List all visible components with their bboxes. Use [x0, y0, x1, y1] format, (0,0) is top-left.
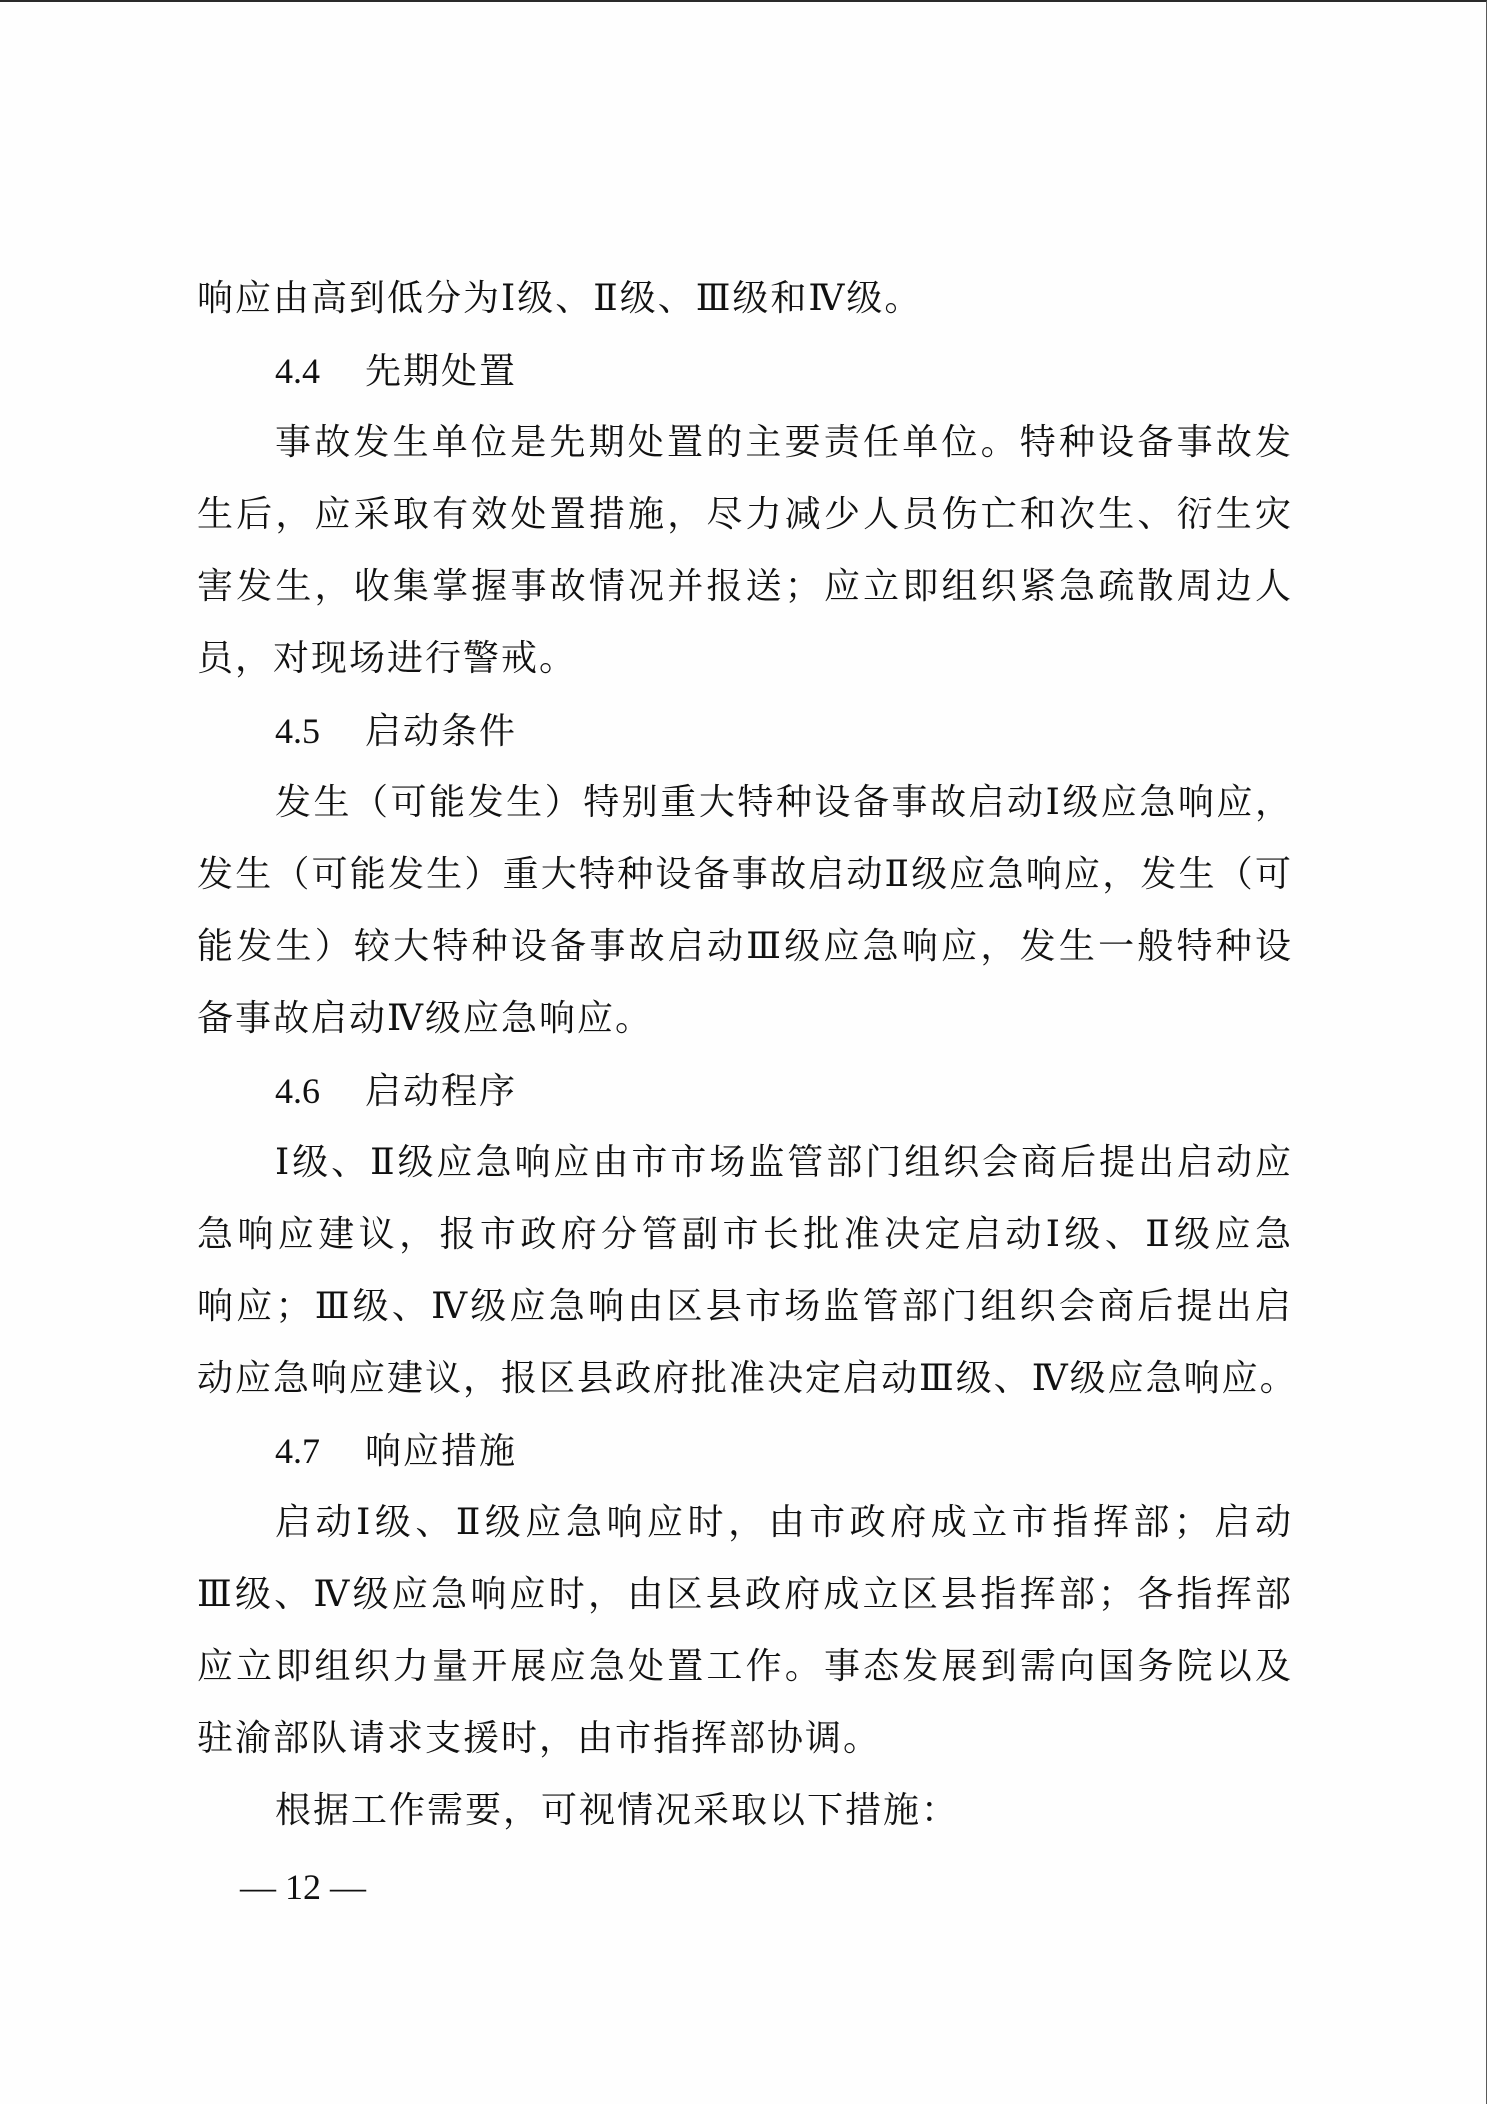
document-page: 响应由高到低分为Ⅰ级、Ⅱ级、Ⅲ级和Ⅳ级。 4.4先期处置 事故发生单位是先期处置… — [0, 0, 1487, 2104]
paragraph-line: Ⅲ级、Ⅳ级应急响应时，由区县政府成立区县指挥部；各指挥部 — [197, 1559, 1293, 1631]
paragraph-line: 备事故启动Ⅳ级应急响应。 — [197, 983, 1293, 1055]
paragraph-line: 根据工作需要，可视情况采取以下措施： — [197, 1775, 1293, 1847]
paragraph-line: 发生（可能发生）特别重大特种设备事故启动Ⅰ级应急响应， — [197, 767, 1293, 839]
section-title: 启动条件 — [365, 711, 517, 752]
paragraph-line: 急响应建议，报市政府分管副市长批准决定启动Ⅰ级、Ⅱ级应急 — [197, 1199, 1293, 1271]
section-number: 4.5 — [275, 695, 365, 767]
paragraph-line: 驻渝部队请求支援时，由市指挥部协调。 — [197, 1703, 1293, 1775]
paragraph-line: 员，对现场进行警戒。 — [197, 623, 1293, 695]
section-number: 4.6 — [275, 1055, 365, 1127]
paragraph-line: 响应由高到低分为Ⅰ级、Ⅱ级、Ⅲ级和Ⅳ级。 — [197, 263, 1293, 335]
paragraph-line: 发生（可能发生）重大特种设备事故启动Ⅱ级应急响应，发生（可 — [197, 839, 1293, 911]
paragraph-line: 事故发生单位是先期处置的主要责任单位。特种设备事故发 — [197, 407, 1293, 479]
section-title: 启动程序 — [365, 1071, 517, 1112]
paragraph-line: 能发生）较大特种设备事故启动Ⅲ级应急响应，发生一般特种设 — [197, 911, 1293, 983]
paragraph-line: 响应；Ⅲ级、Ⅳ级应急响由区县市场监管部门组织会商后提出启 — [197, 1271, 1293, 1343]
paragraph-line: 动应急响应建议，报区县政府批准决定启动Ⅲ级、Ⅳ级应急响应。 — [197, 1343, 1293, 1415]
paragraph-line: Ⅰ级、Ⅱ级应急响应由市市场监管部门组织会商后提出启动应 — [197, 1127, 1293, 1199]
paragraph-line: 应立即组织力量开展应急处置工作。事态发展到需向国务院以及 — [197, 1631, 1293, 1703]
paragraph-line: 启动Ⅰ级、Ⅱ级应急响应时，由市政府成立市指挥部；启动 — [197, 1487, 1293, 1559]
section-title: 响应措施 — [365, 1431, 517, 1472]
section-heading-4-5: 4.5启动条件 — [197, 695, 1293, 767]
paragraph-line: 生后，应采取有效处置措施，尽力减少人员伤亡和次生、衍生灾 — [197, 479, 1293, 551]
paragraph-line: 害发生，收集掌握事故情况并报送；应立即组织紧急疏散周边人 — [197, 551, 1293, 623]
section-heading-4-4: 4.4先期处置 — [197, 335, 1293, 407]
section-heading-4-7: 4.7响应措施 — [197, 1415, 1293, 1487]
page-body: 响应由高到低分为Ⅰ级、Ⅱ级、Ⅲ级和Ⅳ级。 4.4先期处置 事故发生单位是先期处置… — [197, 263, 1293, 1847]
section-number: 4.4 — [275, 335, 365, 407]
section-heading-4-6: 4.6启动程序 — [197, 1055, 1293, 1127]
section-title: 先期处置 — [365, 351, 517, 392]
section-number: 4.7 — [275, 1415, 365, 1487]
page-number: — 12 — — [240, 1864, 366, 1910]
